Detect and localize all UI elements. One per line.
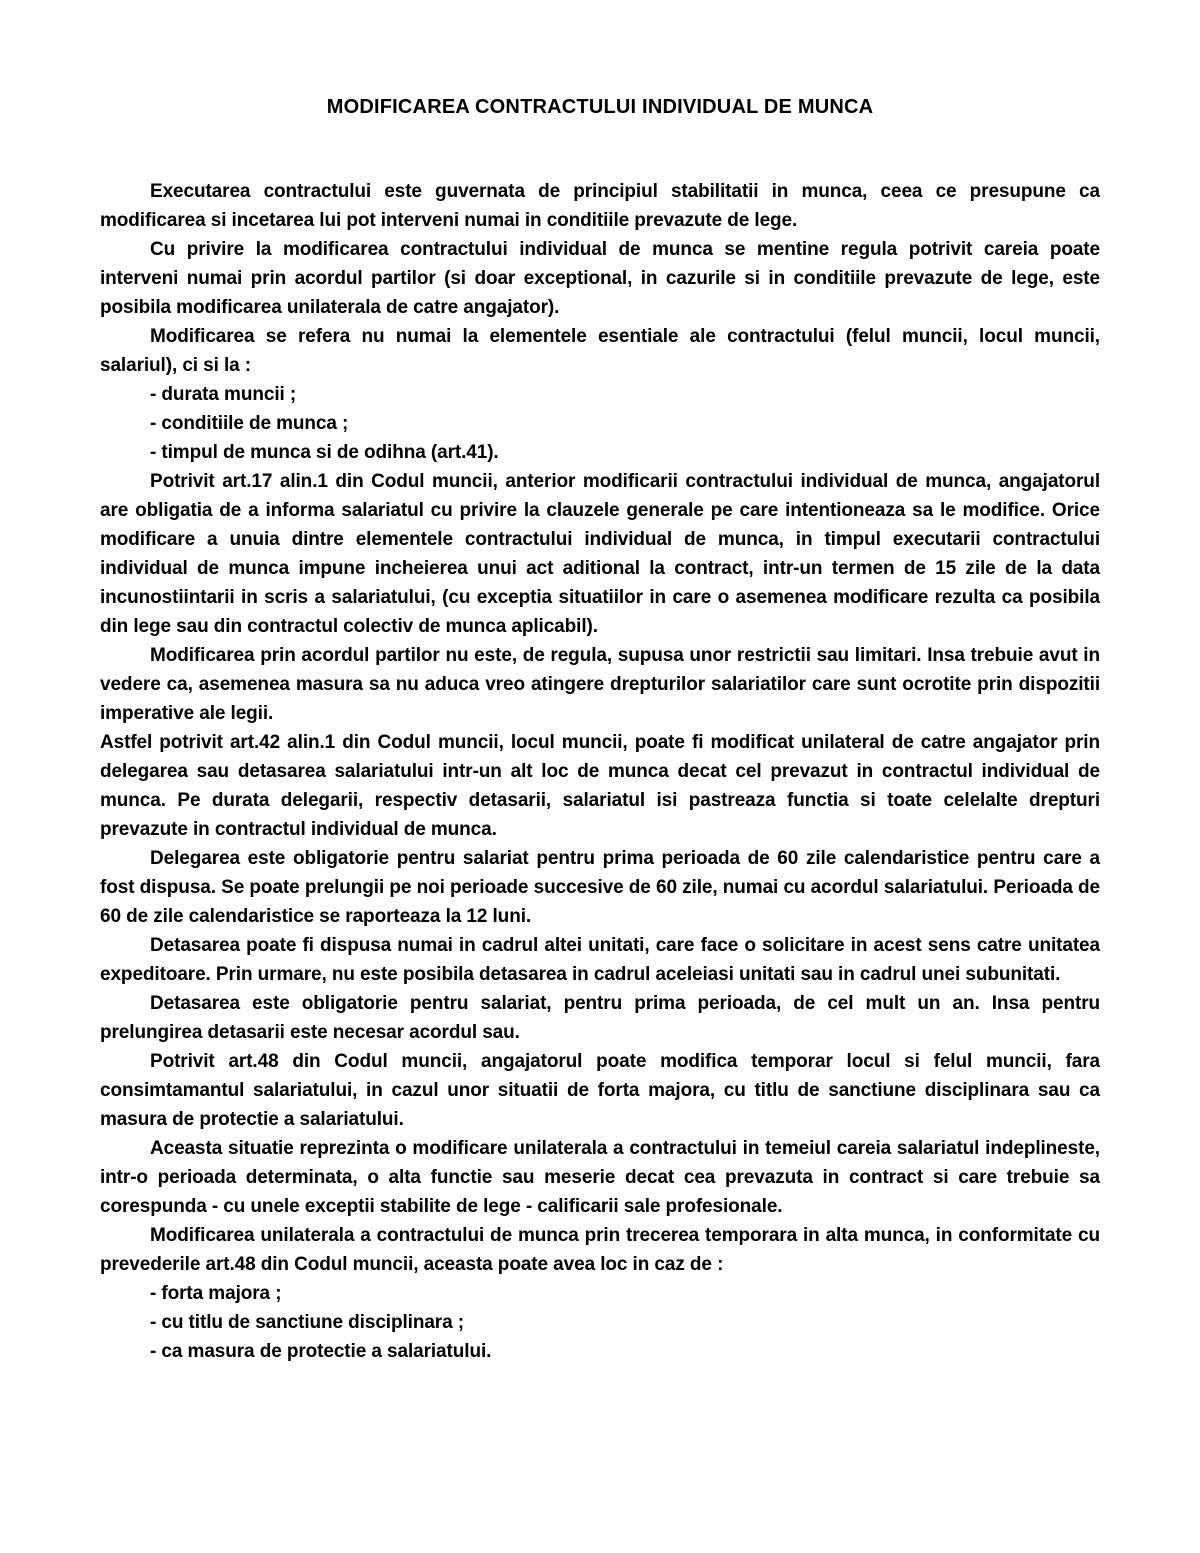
- paragraph-modificarea-refera: Modificarea se refera nu numai la elemen…: [100, 322, 1100, 380]
- list-item-timpul-munca: - timpul de munca si de odihna (art.41).: [100, 438, 1100, 467]
- paragraph-potrivit-art17: Potrivit art.17 alin.1 din Codul muncii,…: [100, 467, 1100, 641]
- list-item-conditiile-munca: - conditiile de munca ;: [100, 409, 1100, 438]
- paragraph-modificarea-unilaterala: Modificarea unilaterala a contractului d…: [100, 1221, 1100, 1279]
- list-item-durata-muncii: - durata muncii ;: [100, 380, 1100, 409]
- paragraph-detasarea-obligatorie: Detasarea este obligatorie pentru salari…: [100, 989, 1100, 1047]
- list-item-masura-protectie: - ca masura de protectie a salariatului.: [100, 1337, 1100, 1366]
- document-title: MODIFICAREA CONTRACTULUI INDIVIDUAL DE M…: [100, 96, 1100, 119]
- paragraph-astfel-art42: Astfel potrivit art.42 alin.1 din Codul …: [100, 728, 1100, 844]
- paragraph-delegarea: Delegarea este obligatorie pentru salari…: [100, 844, 1100, 931]
- list-item-forta-majora: - forta majora ;: [100, 1279, 1100, 1308]
- paragraph-cu-privire: Cu privire la modificarea contractului i…: [100, 235, 1100, 322]
- document-page: MODIFICAREA CONTRACTULUI INDIVIDUAL DE M…: [0, 0, 1200, 1553]
- list-item-sanctiune-disciplinara: - cu titlu de sanctiune disciplinara ;: [100, 1308, 1100, 1337]
- paragraph-potrivit-art48: Potrivit art.48 din Codul muncii, angaja…: [100, 1047, 1100, 1134]
- document-body: Executarea contractului este guvernata d…: [100, 177, 1100, 1366]
- paragraph-aceasta-situatie: Aceasta situatie reprezinta o modificare…: [100, 1134, 1100, 1221]
- paragraph-detasarea-dispusa: Detasarea poate fi dispusa numai in cadr…: [100, 931, 1100, 989]
- paragraph-modificarea-acord: Modificarea prin acordul partilor nu est…: [100, 641, 1100, 728]
- paragraph-executarea: Executarea contractului este guvernata d…: [100, 177, 1100, 235]
